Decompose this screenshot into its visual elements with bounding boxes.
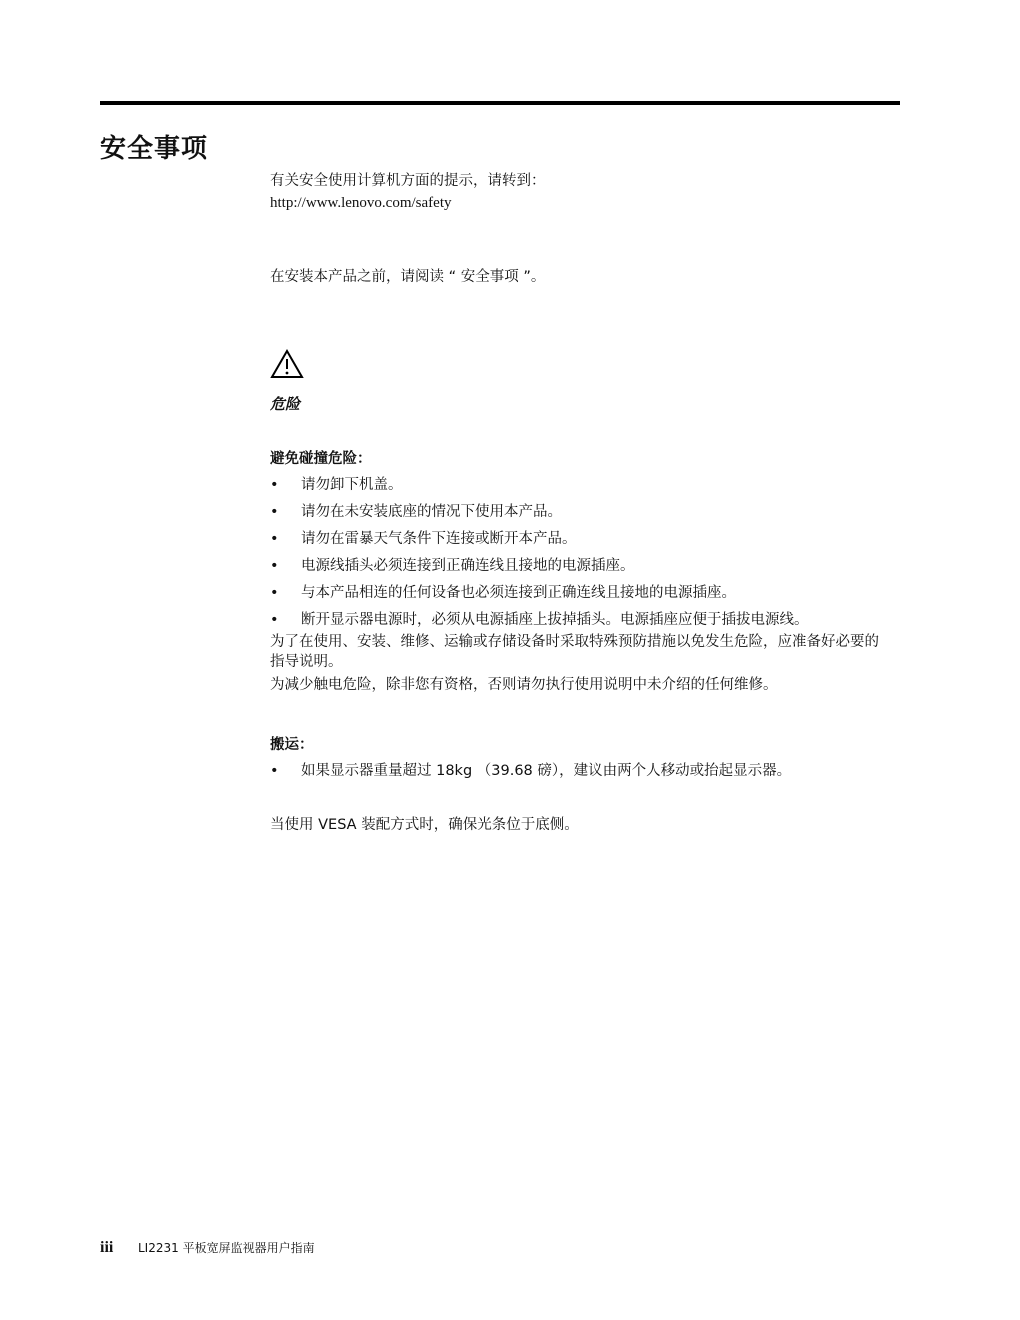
list-item: •如果显示器重量超过 18kg （39.68 磅），建议由两个人移动或抬起显示器… (270, 761, 900, 781)
section-title: 安全事项 (100, 128, 208, 165)
bullet: • (270, 475, 279, 495)
document-title: LI2231 平板宽屏监视器用户指南 (138, 1239, 315, 1256)
bullet: • (270, 610, 279, 630)
bullet: • (270, 583, 279, 603)
bullet: • (270, 502, 279, 522)
bullet: • (270, 529, 279, 549)
intro-text: 有关安全使用计算机方面的提示，请转到： (270, 170, 900, 192)
page-footer: iii LI2231 平板宽屏监视器用户指南 (100, 1239, 315, 1257)
top-rule (100, 101, 900, 105)
collision-heading: 避免碰撞危险： (270, 449, 900, 469)
list-item: •请勿卸下机盖。 (270, 475, 900, 495)
list-item: •断开显示器电源时，必须从电源插座上拔掉插头。电源插座应便于插拔电源线。 (270, 610, 900, 630)
transport-heading: 搬运： (270, 735, 900, 755)
collision-list: •请勿卸下机盖。 •请勿在未安装底座的情况下使用本产品。 •请勿在雷暴天气条件下… (270, 475, 900, 630)
list-item: •与本产品相连的任何设备也必须连接到正确连线且接地的电源插座。 (270, 583, 900, 603)
collision-section: 避免碰撞危险： •请勿卸下机盖。 •请勿在未安装底座的情况下使用本产品。 •请勿… (270, 449, 900, 698)
transport-section: 搬运： •如果显示器重量超过 18kg （39.68 磅），建议由两个人移动或抬… (270, 735, 900, 788)
danger-label: 危险 (270, 393, 300, 414)
intro-block: 有关安全使用计算机方面的提示，请转到： http://www.lenovo.co… (270, 170, 900, 288)
shock-paragraph: 为减少触电危险，除非您有资格，否则请勿执行使用说明中未介绍的任何维修。 (270, 675, 900, 695)
list-item: •请勿在未安装底座的情况下使用本产品。 (270, 502, 900, 522)
transport-list: •如果显示器重量超过 18kg （39.68 磅），建议由两个人移动或抬起显示器… (270, 761, 900, 781)
page-number: iii (100, 1239, 138, 1257)
vesa-note: 当使用 VESA 装配方式时，确保光条位于底侧。 (270, 815, 579, 835)
warning-triangle-icon (270, 349, 304, 379)
read-notice: 在安装本产品之前，请阅读 “ 安全事项 ”。 (270, 266, 900, 288)
precaution-paragraph: 为了在使用、安装、维修、运输或存储设备时采取特殊预防措施以免发生危险，应准备好必… (270, 632, 890, 672)
list-item: •电源线插头必须连接到正确连线且接地的电源插座。 (270, 556, 900, 576)
safety-url-link[interactable]: http://www.lenovo.com/safety (270, 192, 900, 214)
bullet: • (270, 761, 279, 781)
list-item: •请勿在雷暴天气条件下连接或断开本产品。 (270, 529, 900, 549)
bullet: • (270, 556, 279, 576)
